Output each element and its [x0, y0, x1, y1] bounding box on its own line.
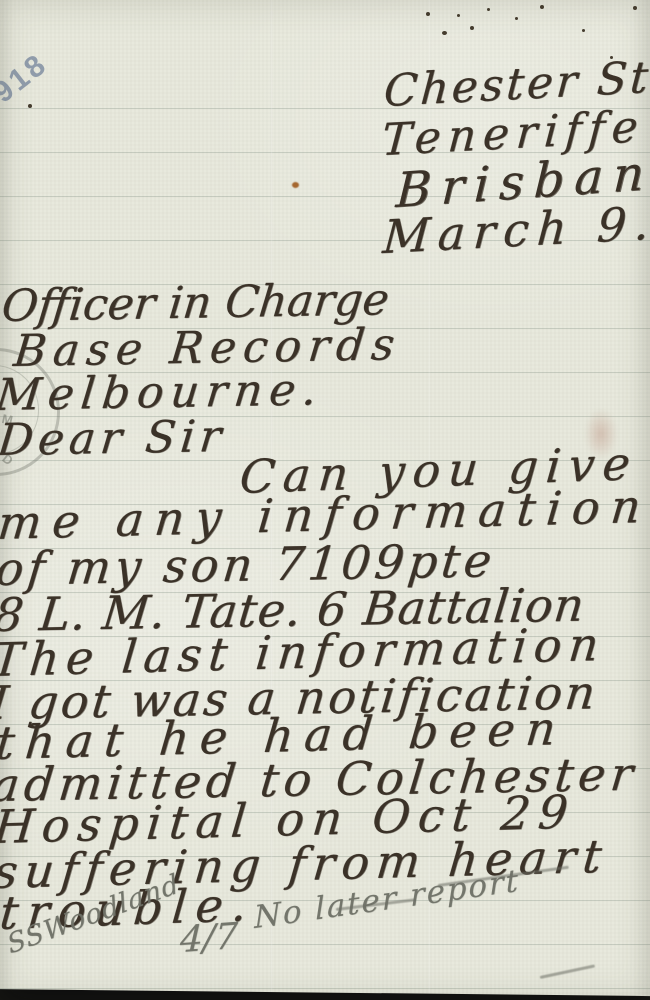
ink-speck	[457, 14, 460, 17]
ink-speck	[515, 17, 518, 20]
rust-spot	[292, 182, 299, 188]
ink-speck	[442, 31, 447, 35]
ink-speck	[426, 12, 430, 16]
ink-speck	[582, 29, 585, 32]
letter-page: 1918 M D Chester St Teneriffe Brisbane M…	[0, 0, 650, 1000]
ink-speck	[470, 26, 474, 30]
pencil-date: 4/7	[179, 916, 238, 961]
ink-speck	[633, 6, 637, 10]
ink-speck	[487, 8, 490, 11]
salutation: Dear Sir	[0, 411, 228, 466]
ink-speck	[28, 104, 32, 108]
ink-speck	[540, 5, 544, 9]
